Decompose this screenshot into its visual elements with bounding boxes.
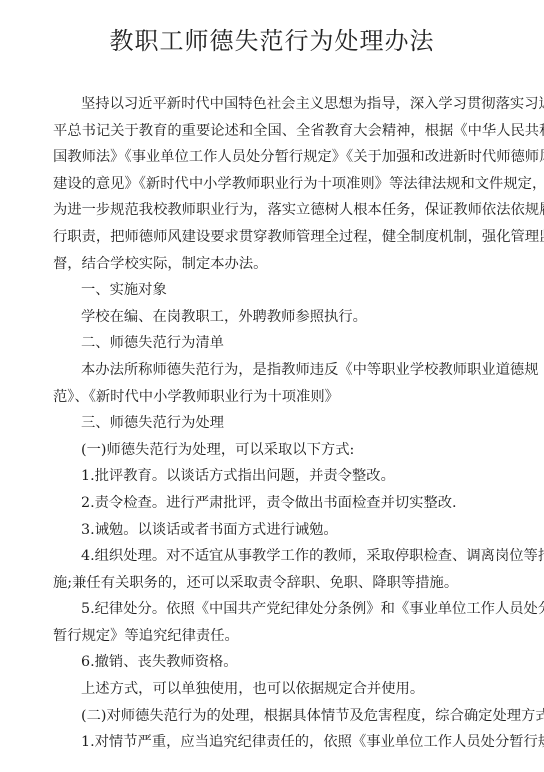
paragraph-line: 3.诫勉。以谈话或者书面方式进行诫勉。: [53, 517, 497, 544]
paragraph-line: 5.纪律处分。依照《中国共产党纪律处分条例》和《事业单位工作人员处分: [53, 596, 497, 623]
paragraph-line: 范》、《新时代中小学教师职业行为十项准则》: [53, 384, 497, 411]
paragraph-line: (一)师德失范行为处理，可以采取以下方式:: [53, 437, 497, 464]
paragraph-line: 上述方式，可以单独使用，也可以依据规定合并使用。: [53, 676, 497, 703]
paragraph-line: 暂行规定》等追究纪律责任。: [53, 623, 497, 650]
paragraph-line: 行职责，把师德师风建设要求贯穿教师管理全过程，健全制度机制，强化管理监: [53, 224, 497, 251]
paragraph-line: 一、实施对象: [53, 277, 497, 304]
paragraph-line: 督，结合学校实际，制定本办法。: [53, 251, 497, 278]
paragraph-line: 4.组织处理。对不适宜从事教学工作的教师，采取停职检查、调离岗位等措: [53, 543, 497, 570]
paragraph-line: 为进一步规范我校教师职业行为，落实立德树人根本任务，保证教师依法依规履: [53, 197, 497, 224]
paragraph-line: 6.撤销、丧失教师资格。: [53, 649, 497, 676]
paragraph-line: 建设的意见》《新时代中小学教师职业行为十项准则》等法律法规和文件规定，: [53, 171, 497, 198]
paragraph-line: 施;兼任有关职务的，还可以采取责令辞职、免职、降职等措施。: [53, 570, 497, 597]
document-title: 教职工师德失范行为处理办法: [0, 26, 544, 56]
paragraph-line: 三、师德失范行为处理: [53, 410, 497, 437]
document-body: 坚持以习近平新时代中国特色社会主义思想为指导，深入学习贯彻落实习近平总书记关于教…: [53, 91, 497, 756]
paragraph-line: 坚持以习近平新时代中国特色社会主义思想为指导，深入学习贯彻落实习近: [53, 91, 497, 118]
paragraph-line: (二)对师德失范行为的处理，根据具体情节及危害程度，综合确定处理方式: [53, 703, 497, 730]
paragraph-line: 1.批评教育。以谈话方式指出问题，并责令整改。: [53, 463, 497, 490]
paragraph-line: 学校在编、在岗教职工，外聘教师参照执行。: [53, 304, 497, 331]
paragraph-line: 国教师法》《事业单位工作人员处分暂行规定》《关于加强和改进新时代师德师风: [53, 144, 497, 171]
paragraph-line: 本办法所称师德失范行为，是指教师违反《中等职业学校教师职业道德规: [53, 357, 497, 384]
document-page: 教职工师德失范行为处理办法 坚持以习近平新时代中国特色社会主义思想为指导，深入学…: [0, 0, 544, 772]
paragraph-line: 二、师德失范行为清单: [53, 330, 497, 357]
paragraph-line: 2.责令检查。进行严肃批评，责令做出书面检查并切实整改.: [53, 490, 497, 517]
paragraph-line: 平总书记关于教育的重要论述和全国、全省教育大会精神，根据《中华人民共和: [53, 118, 497, 145]
paragraph-line: 1.对情节严重，应当追究纪律责任的，依照《事业单位工作人员处分暂行规: [53, 729, 497, 756]
